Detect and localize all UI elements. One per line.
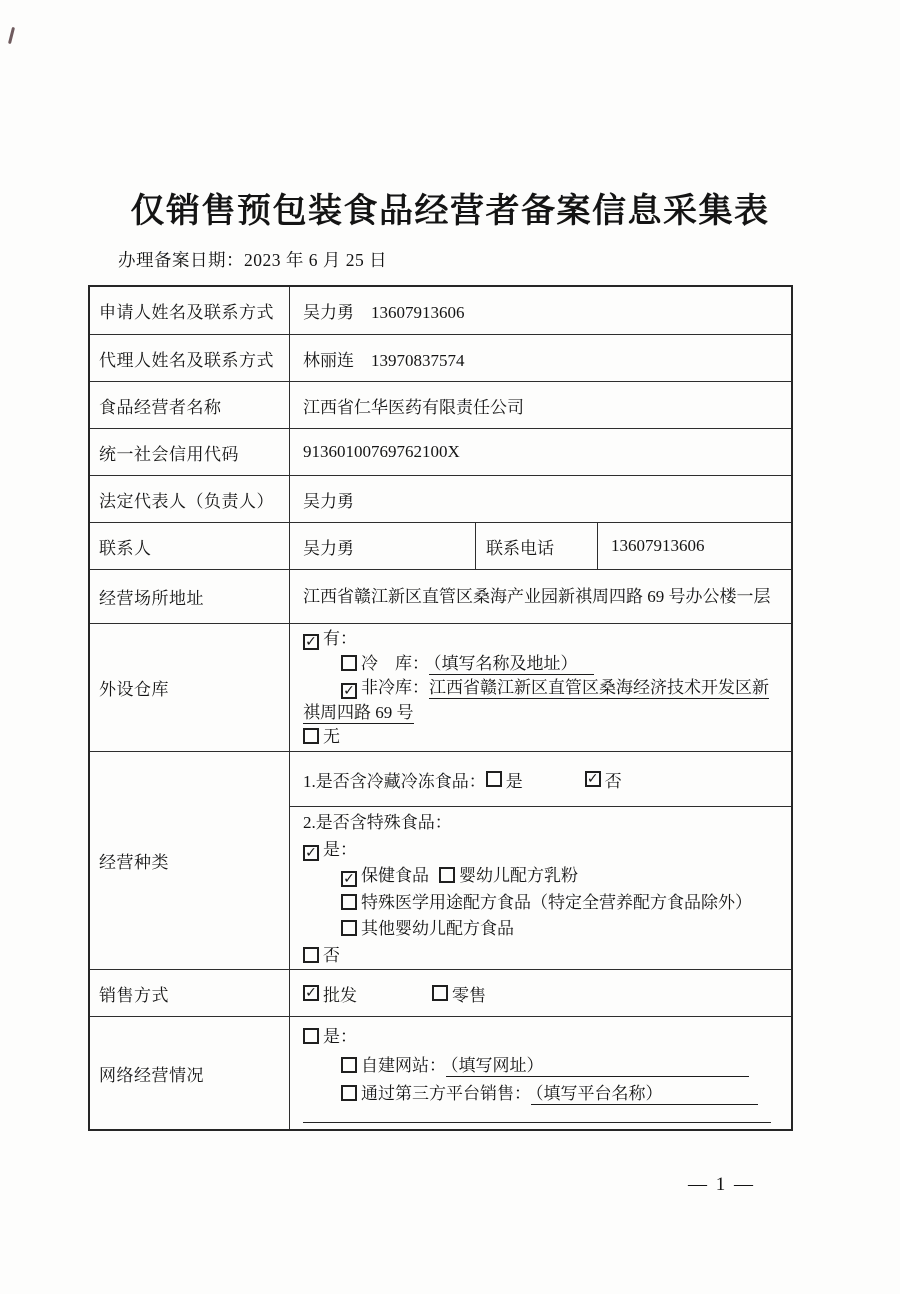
contact-label: 联系人	[90, 523, 290, 569]
online-business-label: 网络经营情况	[90, 1017, 290, 1129]
checkbox-q2-no-icon	[303, 947, 319, 963]
legal-rep-value: 吴力勇	[290, 476, 791, 522]
pen-mark-artifact	[8, 27, 15, 44]
q2-special-medical-line: 特殊医学用途配方食品（特定全营养配方食品除外）	[303, 890, 781, 917]
contact-phone-value: 13607913606	[598, 523, 791, 569]
warehouse-has-option: ✓有：	[303, 627, 781, 652]
checkbox-warehouse-none-icon	[303, 728, 319, 744]
sales-method-label: 销售方式	[90, 970, 290, 1016]
other-infant-formula-text: 其他婴幼儿配方食品	[361, 919, 514, 938]
row-address: 经营场所地址 江西省赣江新区直管区桑海产业园新祺周四路 69 号办公楼一层	[90, 569, 791, 623]
checkbox-q1-yes-icon	[486, 771, 502, 787]
checkbox-online-yes-icon	[303, 1028, 319, 1044]
filing-date-label: 办理备案日期：	[118, 250, 244, 270]
warehouse-cold-text: 冷 库：	[361, 654, 429, 673]
credit-code-value: 91360100769762100X	[290, 429, 791, 475]
applicant-label: 申请人姓名及联系方式	[90, 287, 290, 334]
warehouse-noncold-text: 非冷库：	[361, 678, 429, 697]
warehouse-options: ✓有： 冷 库：（填写名称及地址） ✓非冷库：江西省赣江新区直管区桑海经济技术开…	[290, 624, 791, 751]
warehouse-has-text: 有：	[323, 629, 357, 648]
online-yes-option: 是：	[303, 1023, 781, 1052]
row-legal-rep: 法定代表人（负责人） 吴力勇	[90, 475, 791, 522]
row-agent: 代理人姓名及联系方式 林丽连 13970837574	[90, 334, 791, 381]
business-type-q2: 2.是否含特殊食品： ✓是： ✓保健食品婴幼儿配方乳粉 特殊医学用途配方食品（特…	[290, 807, 791, 969]
checkbox-warehouse-has-checked-icon: ✓	[303, 634, 319, 650]
third-party-text: 通过第三方平台销售：	[361, 1084, 531, 1103]
address-value: 江西省赣江新区直管区桑海产业园新祺周四路 69 号办公楼一层	[290, 570, 791, 623]
checkbox-special-medical-icon	[341, 894, 357, 910]
blank-fill-line	[303, 1109, 771, 1123]
row-contact: 联系人 吴力勇 联系电话 13607913606	[90, 522, 791, 569]
q1-text: 1.是否含冷藏冷冻食品：	[303, 767, 486, 792]
checkbox-wholesale-checked-icon: ✓	[303, 985, 319, 1001]
third-party-fill: （填写平台名称）	[531, 1084, 758, 1105]
warehouse-label: 外设仓库	[90, 624, 290, 751]
checkbox-infant-formula-milk-icon	[439, 867, 455, 883]
applicant-value: 吴力勇 13607913606	[290, 287, 791, 334]
q1-yes-text: 是	[506, 767, 523, 792]
checkbox-other-infant-formula-icon	[341, 920, 357, 936]
filing-date-line: 办理备案日期：2023 年 6 月 25 日	[118, 247, 387, 272]
wholesale-text: 批发	[323, 981, 357, 1006]
infant-formula-milk-text: 婴幼儿配方乳粉	[459, 866, 578, 885]
row-credit-code: 统一社会信用代码 91360100769762100X	[90, 428, 791, 475]
operator-name-value: 江西省仁华医药有限责任公司	[290, 382, 791, 428]
business-type-content: 1.是否含冷藏冷冻食品：是✓否 2.是否含特殊食品： ✓是： ✓保健食品婴幼儿配…	[290, 752, 791, 969]
checkbox-health-food-checked-icon: ✓	[341, 871, 357, 887]
contact-value: 吴力勇	[290, 523, 476, 569]
q1-no-text: 否	[605, 767, 622, 792]
q2-no-text: 否	[323, 946, 340, 965]
checkbox-q2-yes-checked-icon: ✓	[303, 845, 319, 861]
row-business-type: 经营种类 1.是否含冷藏冷冻食品：是✓否 2.是否含特殊食品： ✓是： ✓保健食…	[90, 751, 791, 969]
warehouse-cold-option: 冷 库：（填写名称及地址）	[303, 652, 781, 677]
q2-other-infant-line: 其他婴幼儿配方食品	[303, 916, 781, 943]
own-website-fill: （填写网址）	[446, 1056, 749, 1077]
warehouse-none-text: 无	[323, 727, 340, 746]
warehouse-cold-fill: （填写名称及地址）	[429, 654, 594, 675]
online-business-options: 是： 自建网站：（填写网址） 通过第三方平台销售：（填写平台名称）	[290, 1017, 791, 1129]
business-type-q1: 1.是否含冷藏冷冻食品：是✓否	[290, 752, 791, 807]
document-page: 仅销售预包装食品经营者备案信息采集表 办理备案日期：2023 年 6 月 25 …	[0, 0, 900, 1294]
filing-date-value: 2023 年 6 月 25 日	[244, 250, 387, 270]
checkbox-own-website-icon	[341, 1057, 357, 1073]
third-party-line: 通过第三方平台销售：（填写平台名称）	[303, 1080, 781, 1109]
q2-text: 2.是否含特殊食品：	[303, 810, 781, 837]
agent-label: 代理人姓名及联系方式	[90, 335, 290, 381]
warehouse-noncold-option: ✓非冷库：江西省赣江新区直管区桑海经济技术开发区新祺周四路 69 号	[303, 676, 781, 725]
q2-yes-option: ✓是：	[303, 837, 781, 864]
q2-no-option: 否	[303, 943, 781, 970]
registration-form-table: 申请人姓名及联系方式 吴力勇 13607913606 代理人姓名及联系方式 林丽…	[88, 285, 793, 1131]
document-title: 仅销售预包装食品经营者备案信息采集表	[0, 183, 900, 232]
row-sales-method: 销售方式 ✓批发零售	[90, 969, 791, 1016]
health-food-text: 保健食品	[361, 866, 429, 885]
checkbox-retail-icon	[432, 985, 448, 1001]
legal-rep-label: 法定代表人（负责人）	[90, 476, 290, 522]
own-website-line: 自建网站：（填写网址）	[303, 1052, 781, 1081]
checkbox-warehouse-cold-icon	[341, 655, 357, 671]
online-yes-text: 是：	[323, 1027, 357, 1046]
special-medical-text: 特殊医学用途配方食品（特定全营养配方食品除外）	[361, 893, 752, 912]
checkbox-q1-no-checked-icon: ✓	[585, 771, 601, 787]
retail-text: 零售	[452, 981, 486, 1006]
row-online-business: 网络经营情况 是： 自建网站：（填写网址） 通过第三方平台销售：（填写平台名称）	[90, 1016, 791, 1129]
page-number: — 1 —	[688, 1174, 755, 1196]
address-label: 经营场所地址	[90, 570, 290, 623]
business-type-label: 经营种类	[90, 752, 290, 969]
q2-yes-text: 是：	[323, 840, 357, 859]
agent-value: 林丽连 13970837574	[290, 335, 791, 381]
checkbox-third-party-icon	[341, 1085, 357, 1101]
q2-health-food-line: ✓保健食品婴幼儿配方乳粉	[303, 863, 781, 890]
warehouse-none-option: 无	[303, 725, 781, 750]
operator-name-label: 食品经营者名称	[90, 382, 290, 428]
checkbox-warehouse-noncold-checked-icon: ✓	[341, 683, 357, 699]
sales-method-options: ✓批发零售	[290, 970, 791, 1016]
row-warehouse: 外设仓库 ✓有： 冷 库：（填写名称及地址） ✓非冷库：江西省赣江新区直管区桑海…	[90, 623, 791, 751]
credit-code-label: 统一社会信用代码	[90, 429, 290, 475]
contact-phone-label: 联系电话	[476, 523, 598, 569]
own-website-text: 自建网站：	[361, 1056, 446, 1075]
row-operator-name: 食品经营者名称 江西省仁华医药有限责任公司	[90, 381, 791, 428]
row-applicant: 申请人姓名及联系方式 吴力勇 13607913606	[90, 287, 791, 334]
